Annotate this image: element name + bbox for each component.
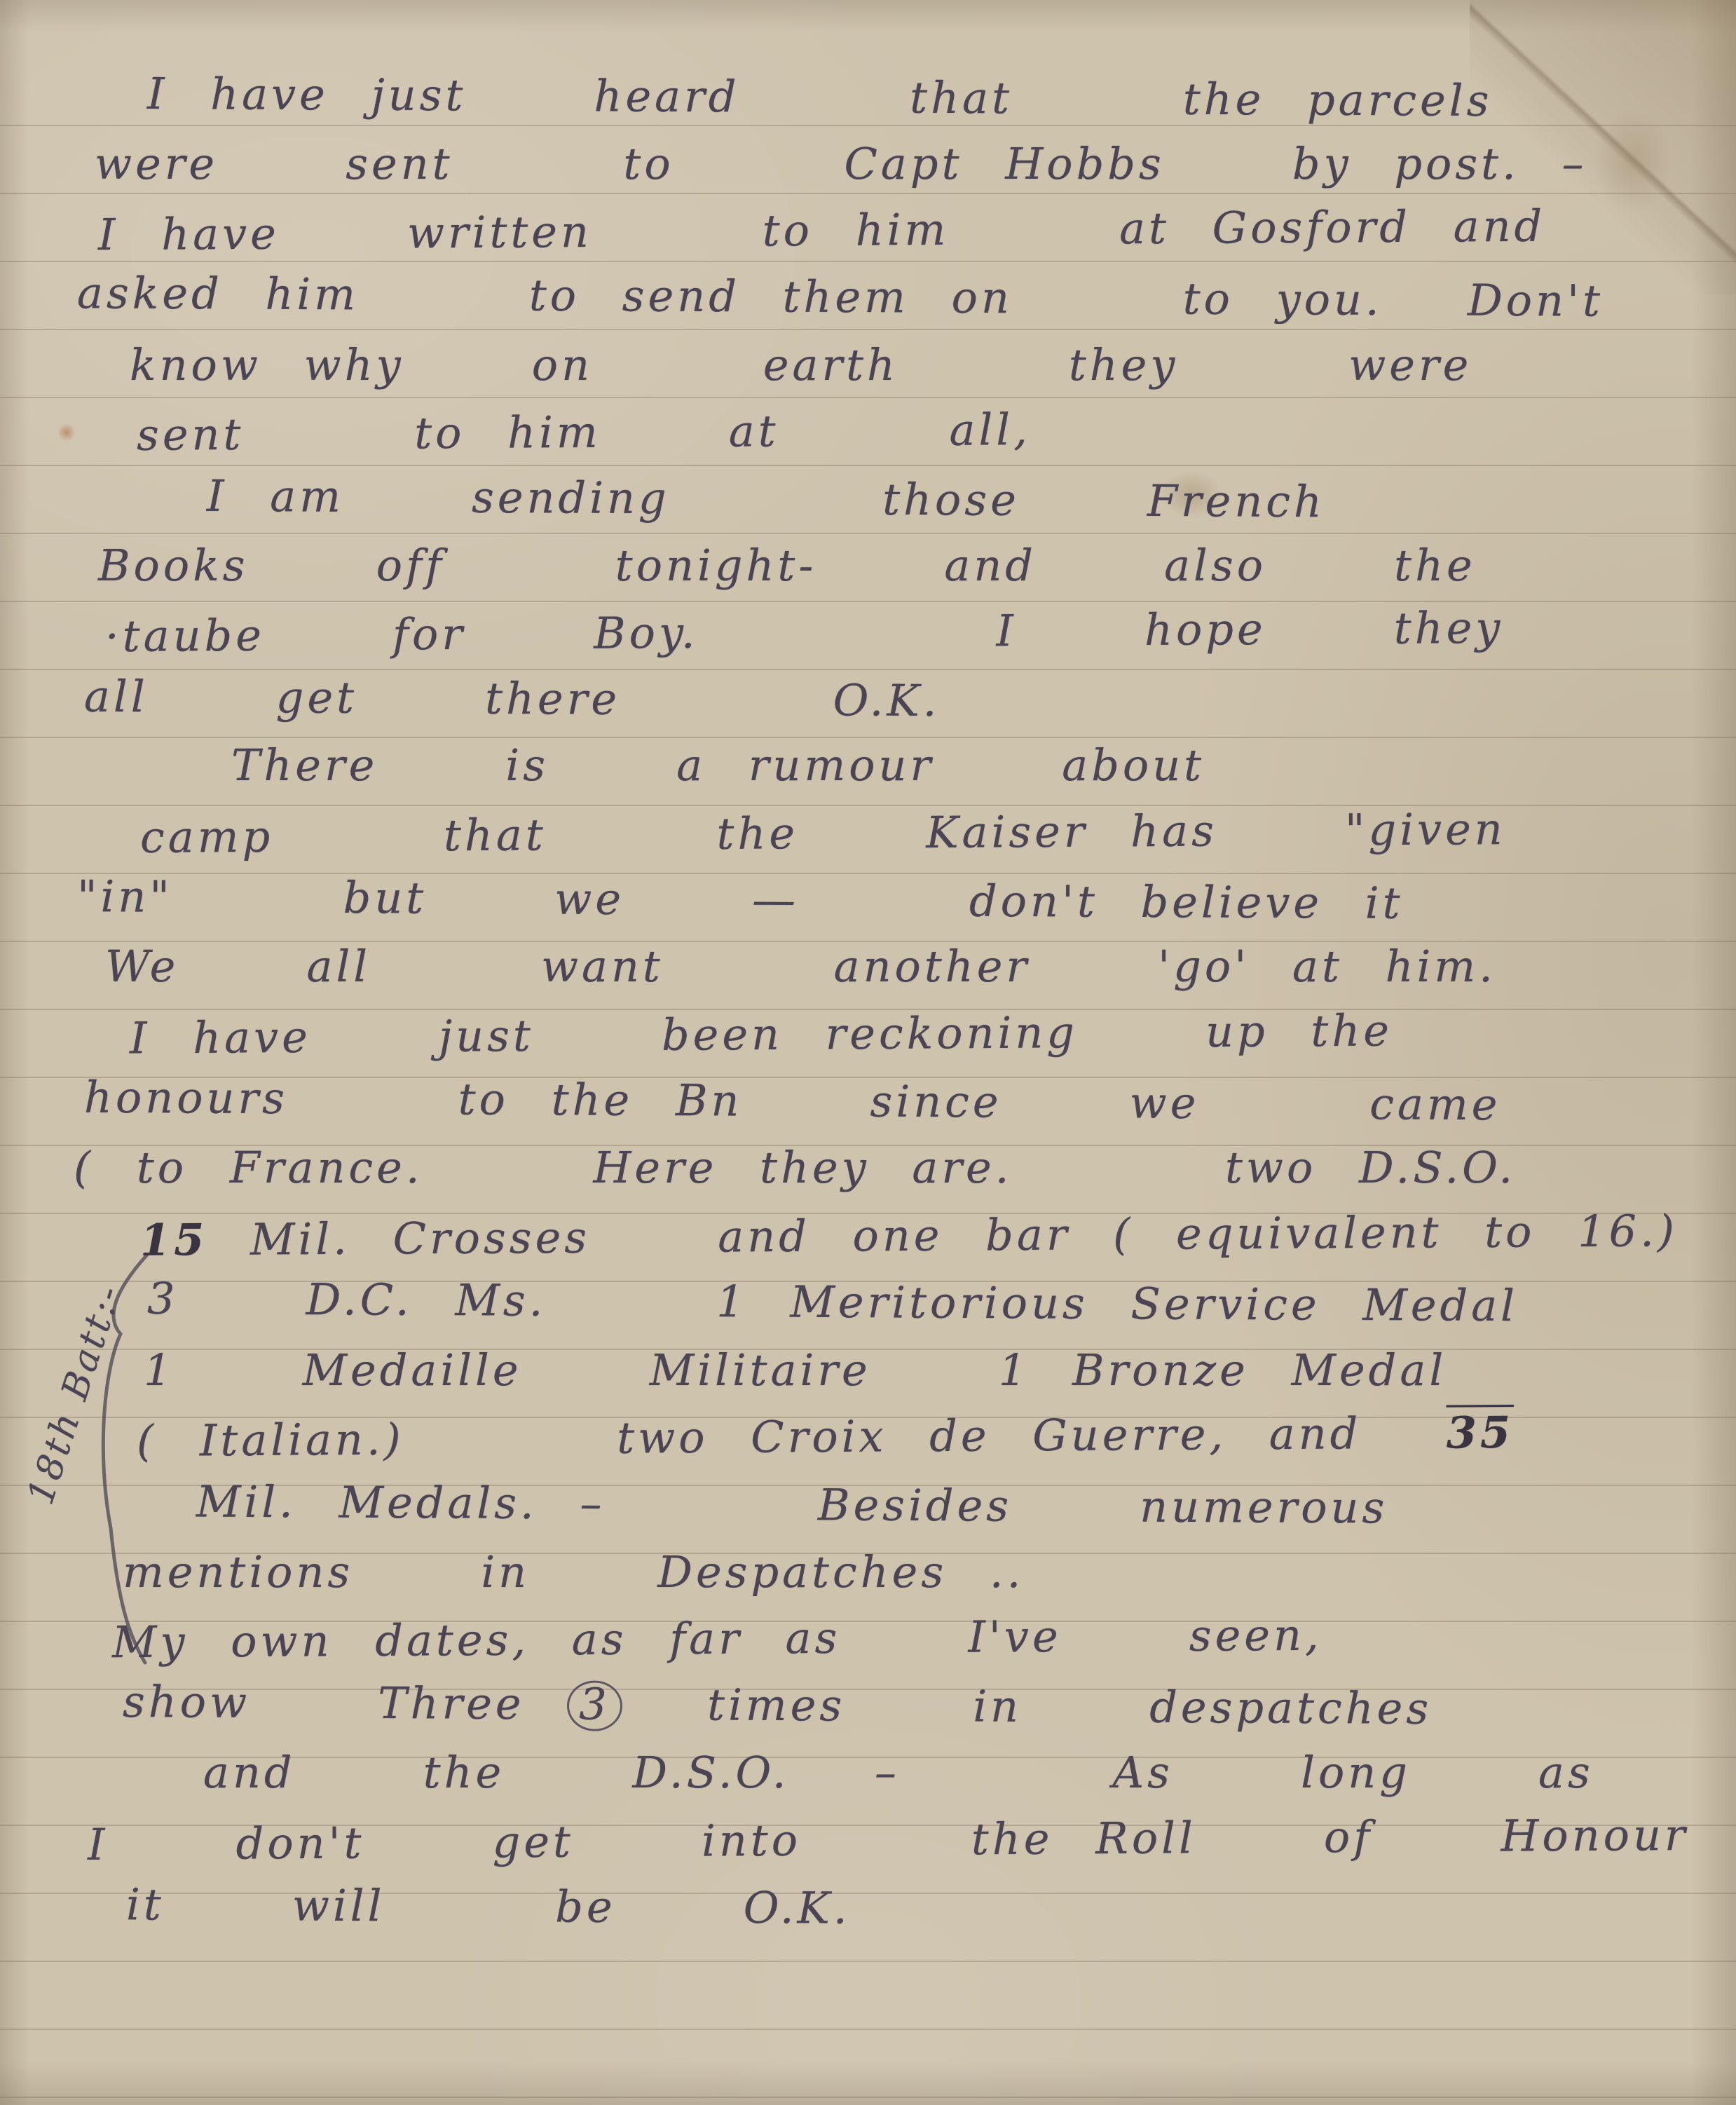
handwriting-line: 3 D.C. Ms. 1 Meritorious Service Medal — [147, 1275, 1518, 1330]
handwriting-line: sent to him at all, — [137, 406, 1031, 459]
handwriting-line: honours to the Bn since we came — [84, 1074, 1501, 1129]
handwriting-segment: I don't get into the Roll of Honour — [88, 1809, 1689, 1870]
handwriting-segment: times in despatches — [622, 1679, 1433, 1734]
handwriting-segment: We all want another 'go' at him. — [105, 941, 1496, 992]
handwriting-segment: it will be O.K. — [126, 1879, 851, 1933]
handwriting-line: all get there O.K. — [84, 673, 941, 725]
handwriting-segment: show Three — [123, 1676, 568, 1729]
handwriting-segment: 3 — [567, 1680, 622, 1731]
handwriting-line: know why on earth they were — [130, 341, 1472, 389]
handwriting-line: "in" but we — don't believe it — [77, 873, 1404, 927]
handwriting-segment: 3 D.C. Ms. 1 Meritorious Service Medal — [147, 1273, 1518, 1331]
handwriting-segment: ·taube for Boy. I hope they — [105, 602, 1504, 662]
handwriting-segment: honours to the Bn since we came — [84, 1072, 1501, 1131]
handwriting-line: were sent to Capt Hobbs by post. – — [95, 140, 1587, 188]
handwriting-line: it will be O.K. — [126, 1881, 851, 1933]
handwriting-line: We all want another 'go' at him. — [105, 943, 1496, 990]
handwriting-segment: camp that the Kaiser has "given — [140, 803, 1506, 863]
handwriting-line: I have just been reckoning up the — [130, 1007, 1393, 1062]
handwriting-line: Books off tonight- and also the — [98, 542, 1476, 590]
handwriting-line: ( to France. Here they are. two D.S.O. — [74, 1144, 1516, 1192]
handwriting-line: mentions in Despatches .. — [123, 1548, 1024, 1596]
handwriting-segment: Mil. Crosses and one bar ( equivalent to… — [207, 1205, 1678, 1265]
handwriting-segment: I have just heard that the parcels — [147, 68, 1493, 126]
handwriting-segment: were sent to Capt Hobbs by post. – — [95, 138, 1587, 189]
handwriting-segment: I am sending those French — [207, 470, 1325, 527]
handwriting-segment: My own dates, as far as I've seen, — [112, 1609, 1322, 1668]
handwriting-segment: Mil. Medals. – Besides numerous — [196, 1476, 1388, 1534]
handwriting-line: and the D.S.O. – As long as — [203, 1749, 1594, 1797]
handwriting-segment: know why on earth they were — [130, 339, 1472, 390]
handwriting-line: My own dates, as far as I've seen, — [112, 1612, 1322, 1667]
handwriting-segment: ( to France. Here they are. two D.S.O. — [74, 1142, 1516, 1193]
letter-body: I have just heard that the parcelswere s… — [0, 0, 1736, 2105]
handwriting-segment: and the D.S.O. – As long as — [203, 1747, 1594, 1798]
handwriting-line: 1 Medaille Militaire 1 Bronze Medal — [144, 1347, 1447, 1394]
handwriting-line: 15 Mil. Crosses and one bar ( equivalent… — [140, 1207, 1678, 1265]
handwriting-line: Mil. Medals. – Besides numerous — [196, 1478, 1388, 1532]
handwriting-line: camp that the Kaiser has "given — [140, 805, 1506, 861]
handwriting-segment: Books off tonight- and also the — [98, 540, 1476, 591]
handwriting-line: asked him to send them on to you. Don't — [77, 269, 1604, 325]
handwriting-segment: all get there O.K. — [84, 671, 941, 726]
handwriting-line: ( Italian.) two Croix de Guerre, and 35 — [137, 1409, 1514, 1465]
handwriting-segment: sent to him at all, — [137, 404, 1031, 461]
handwriting-line: I don't get into the Roll of Honour — [88, 1811, 1689, 1869]
handwriting-line: ·taube for Boy. I hope they — [105, 604, 1504, 660]
handwriting-segment: 35 — [1447, 1407, 1515, 1459]
handwriting-segment: mentions in Despatches .. — [123, 1546, 1024, 1598]
handwriting-segment: asked him to send them on to you. Don't — [77, 267, 1604, 326]
handwriting-segment: I have written to him at Gosford and — [98, 200, 1546, 261]
handwriting-line: I have written to him at Gosford and — [98, 203, 1546, 259]
handwriting-line: show Three 3 times in despatches — [123, 1678, 1432, 1736]
handwriting-line: I have just heard that the parcels — [147, 70, 1493, 125]
handwriting-segment: ( Italian.) two Croix de Guerre, and — [137, 1408, 1447, 1466]
handwriting-segment: "in" but we — don't believe it — [77, 871, 1404, 929]
handwriting-line: I am sending those French — [207, 472, 1325, 526]
handwriting-line: There is a rumour about — [231, 742, 1205, 789]
handwriting-segment: I have just been reckoning up the — [130, 1004, 1393, 1063]
handwriting-segment: 1 Medaille Militaire 1 Bronze Medal — [144, 1344, 1447, 1396]
handwriting-segment: There is a rumour about — [231, 740, 1205, 791]
handwriting-segment: 15 — [140, 1214, 208, 1266]
